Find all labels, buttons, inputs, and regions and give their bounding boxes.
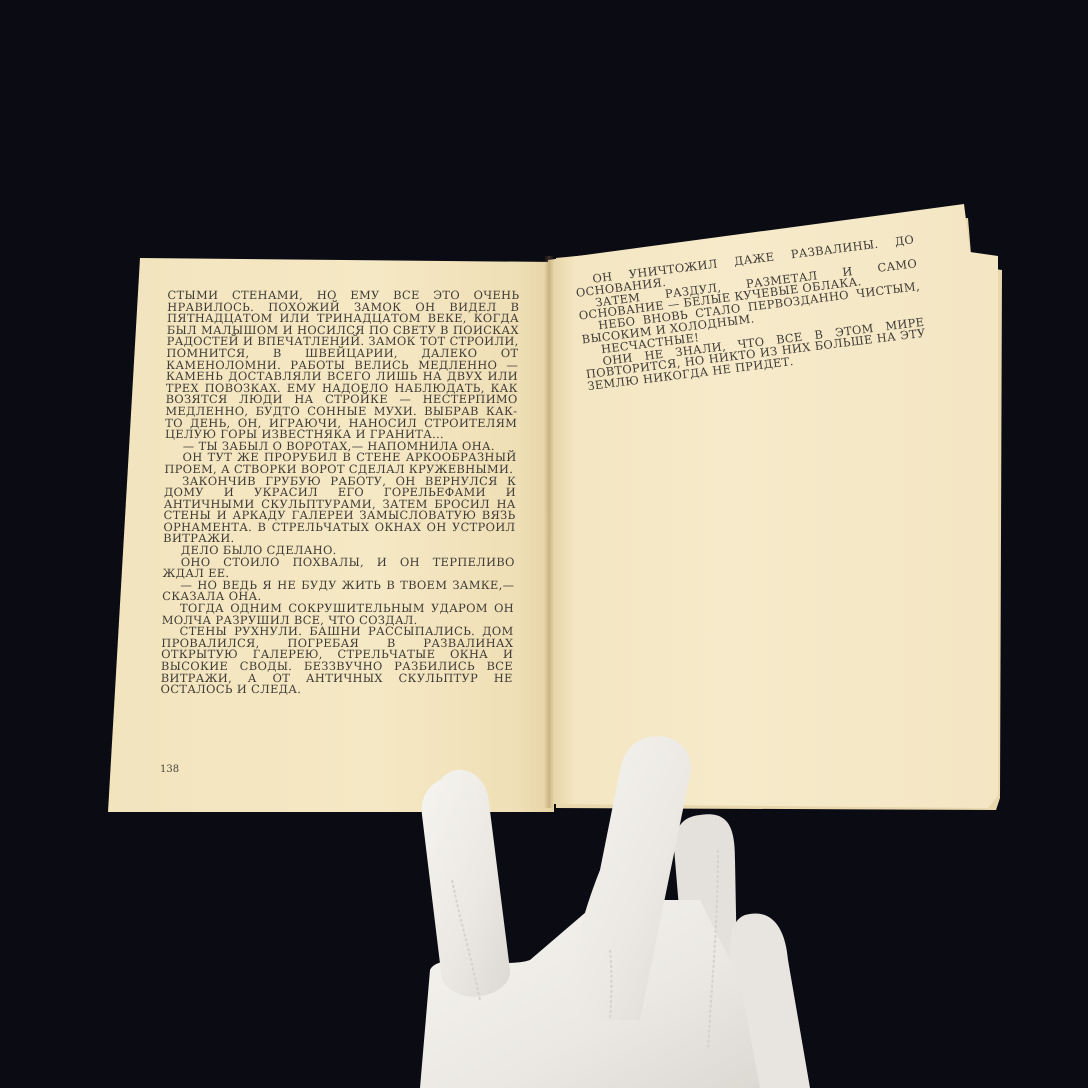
paragraph: СТЕНЫ РУХНУЛИ. БАШНИ РАССЫПАЛИСЬ. ДОМ ПР… xyxy=(160,626,513,696)
paragraph: ТОГДА ОДНИМ СОКРУШИТЕЛЬНЫМ УДАРОМ ОН МОЛ… xyxy=(162,603,514,626)
paragraph: ЗАКОНЧИВ ГРУБУЮ РАБОТУ, ОН ВЕРНУЛСЯ К ДО… xyxy=(163,476,516,546)
page-number: 138 xyxy=(160,764,179,775)
left-page-text: СТЫМИ СТЕНАМИ, НО ЕМУ ВСЕ ЭТО ОЧЕНЬ НРАВ… xyxy=(160,290,519,696)
photo-scene: СТЫМИ СТЕНАМИ, НО ЕМУ ВСЕ ЭТО ОЧЕНЬ НРАВ… xyxy=(0,0,1088,1088)
paragraph: ОНО СТОИЛО ПОХВАЛЫ, И ОН ТЕРПЕЛИВО ЖДАЛ … xyxy=(162,557,514,580)
paragraph: ОН ТУТ ЖЕ ПРОРУБИЛ В СТЕНЕ АРКООБРАЗНЫЙ … xyxy=(164,452,516,475)
white-glove-hand xyxy=(400,720,840,1088)
paragraph: — НО ВЕДЬ Я НЕ БУДУ ЖИТЬ В ТВОЕМ ЗАМКЕ,—… xyxy=(162,580,514,603)
paragraph: СТЫМИ СТЕНАМИ, НО ЕМУ ВСЕ ЭТО ОЧЕНЬ НРАВ… xyxy=(165,290,520,441)
right-page-text: ОН УНИЧТОЖИЛ ДАЖЕ РАЗВАЛИНЫ. ДО ОСНОВАНИ… xyxy=(574,234,928,393)
right-page: ОН УНИЧТОЖИЛ ДАЖЕ РАЗВАЛИНЫ. ДО ОСНОВАНИ… xyxy=(548,204,998,808)
